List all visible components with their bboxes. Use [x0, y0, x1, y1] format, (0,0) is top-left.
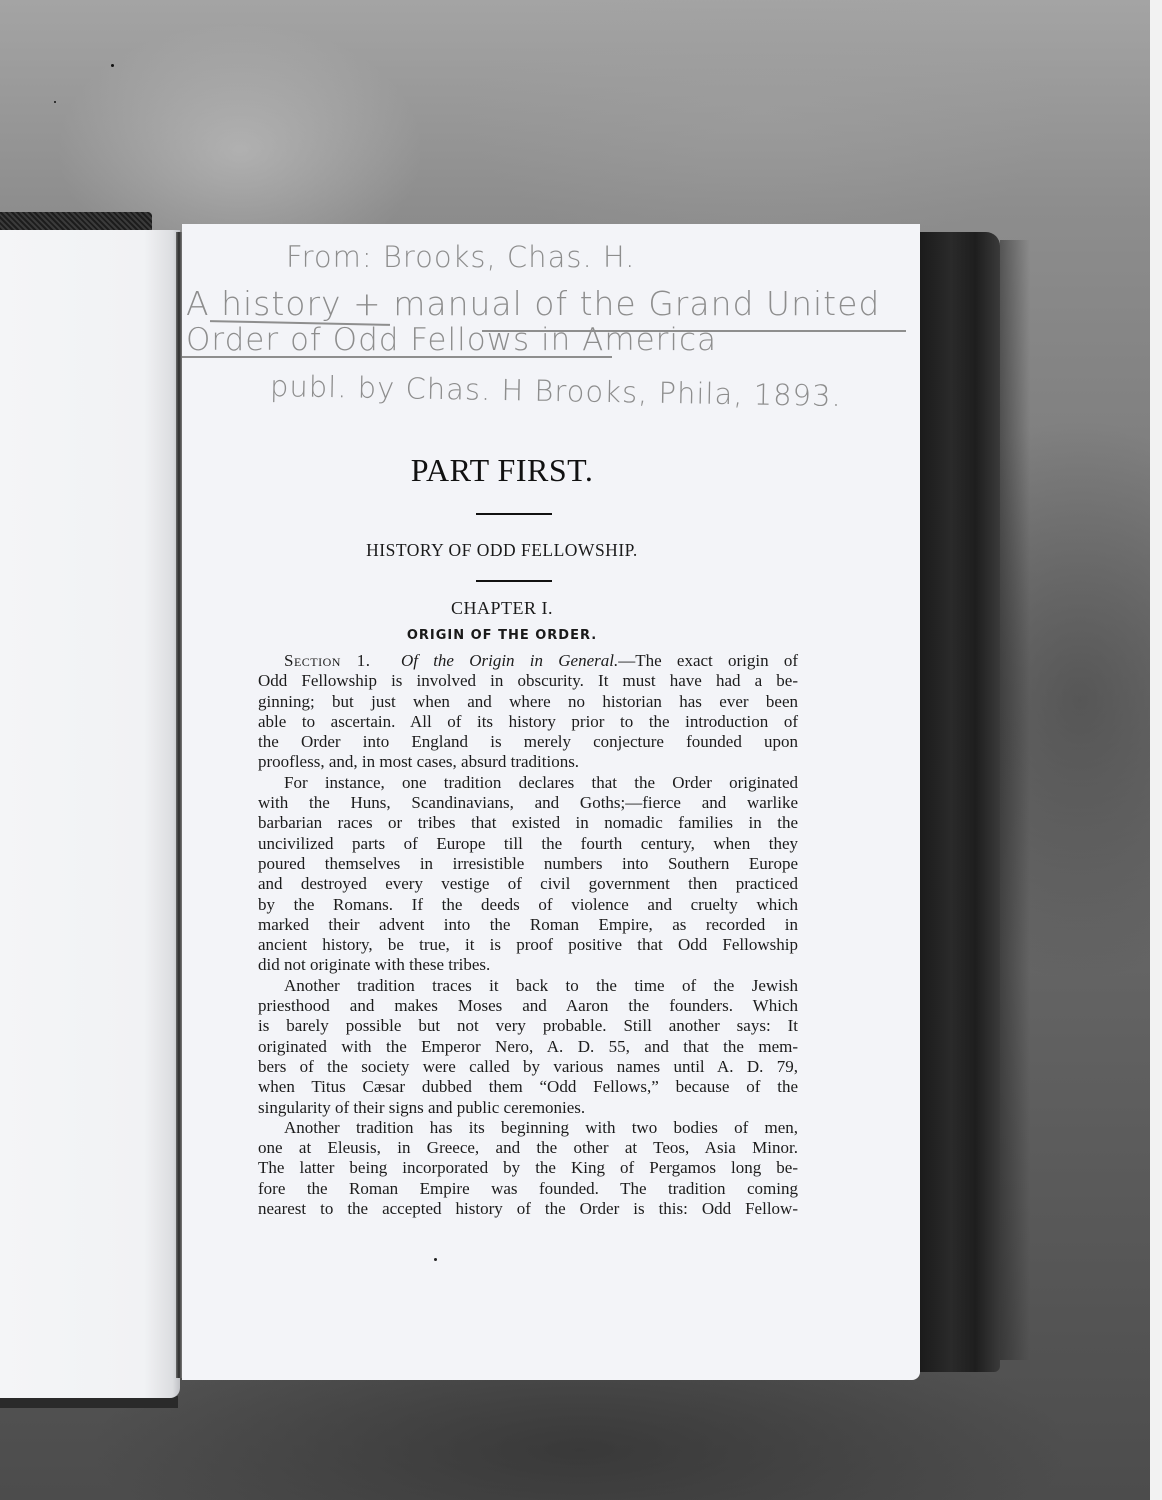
text-line: singularity of their signs and public ce… — [258, 1098, 798, 1118]
note-title-line-1: A history + manual of the Grand United — [186, 284, 880, 323]
paragraph: Another tradition has its beginning with… — [258, 1118, 798, 1219]
text-line: one at Eleusis, in Greece, and the other… — [258, 1138, 798, 1158]
chapter-subtitle: ORIGIN OF THE ORDER. — [182, 628, 822, 643]
scanner-edge — [1150, 0, 1162, 1500]
text-line: The latter being incorporated by the Kin… — [258, 1158, 798, 1178]
text-line: Another tradition traces it back to the … — [258, 976, 798, 996]
text-line: fore the Roman Empire was founded. The t… — [258, 1179, 798, 1199]
note-title-line-2: Order of Odd Fellows in America — [186, 322, 717, 358]
left-page — [0, 230, 180, 1398]
note-underline — [182, 356, 612, 358]
handwritten-note: From: Brooks, Chas. H. A history + manua… — [182, 224, 920, 414]
text-line: by the Romans. If the deeds of violence … — [258, 895, 798, 915]
book-shadow — [1000, 240, 1030, 1360]
text-line: Odd Fellowship is involved in obscurity.… — [258, 671, 798, 691]
text-line: and destroyed every vestige of civil gov… — [258, 874, 798, 894]
paragraph: For instance, one tradition declares tha… — [258, 773, 798, 976]
text-line: nearest to the accepted history of the O… — [258, 1199, 798, 1219]
text-line: proofless, and, in most cases, absurd tr… — [258, 752, 798, 772]
divider-rule — [476, 580, 552, 582]
text-line: originated with the Emperor Nero, A. D. … — [258, 1037, 798, 1057]
text-line: with the Huns, Scandinavians, and Goths;… — [258, 793, 798, 813]
text-line: the Order into England is merely conject… — [258, 732, 798, 752]
text-line: priesthood and makes Moses and Aaron the… — [258, 996, 798, 1016]
section-label: Section 1. — [284, 651, 370, 670]
text-line: ginning; but just when and where no hist… — [258, 692, 798, 712]
paragraph: Section 1. Of the Origin in General.—The… — [258, 651, 798, 773]
text-line: bers of the society were called by vario… — [258, 1057, 798, 1077]
section-title: Of the Origin in General. — [401, 651, 618, 670]
dust-speck — [54, 101, 56, 103]
text-line: able to ascertain. All of its history pr… — [258, 712, 798, 732]
note-publisher-line: publ. by Chas. H Brooks, Phila, 1893. — [270, 369, 842, 413]
chapter-title: CHAPTER I. — [182, 598, 822, 619]
text-line: poured themselves in irresistible number… — [258, 854, 798, 874]
body-text: Section 1. Of the Origin in General.—The… — [258, 651, 798, 1219]
text-line: marked their advent into the Roman Empir… — [258, 915, 798, 935]
paragraph: Another tradition traces it back to the … — [258, 976, 798, 1118]
dust-speck — [111, 64, 114, 67]
text-line: Another tradition has its beginning with… — [258, 1118, 798, 1138]
text-line: uncivilized parts of Europe till the fou… — [258, 834, 798, 854]
text-line: For instance, one tradition declares tha… — [258, 773, 798, 793]
right-page: From: Brooks, Chas. H. A history + manua… — [182, 224, 920, 1380]
book-cover-left — [0, 212, 152, 230]
divider-rule — [476, 513, 552, 515]
text-line: Section 1. Of the Origin in General.—The… — [258, 651, 798, 671]
text-line: ancient history, be true, it is proof po… — [258, 935, 798, 955]
note-underline — [482, 330, 906, 332]
text-line: is barely possible but not very probable… — [258, 1016, 798, 1036]
ink-speck — [434, 1258, 437, 1261]
note-source-line: From: Brooks, Chas. H. — [286, 240, 635, 274]
section-heading: HISTORY OF ODD FELLOWSHIP. — [182, 540, 822, 561]
part-title: PART FIRST. — [182, 452, 822, 489]
book-cover-right — [918, 232, 1000, 1372]
text-line: did not originate with these tribes. — [258, 955, 798, 975]
text-line: when Titus Cæsar dubbed them “Odd Fellow… — [258, 1077, 798, 1097]
text-line: barbarian races or tribes that existed i… — [258, 813, 798, 833]
